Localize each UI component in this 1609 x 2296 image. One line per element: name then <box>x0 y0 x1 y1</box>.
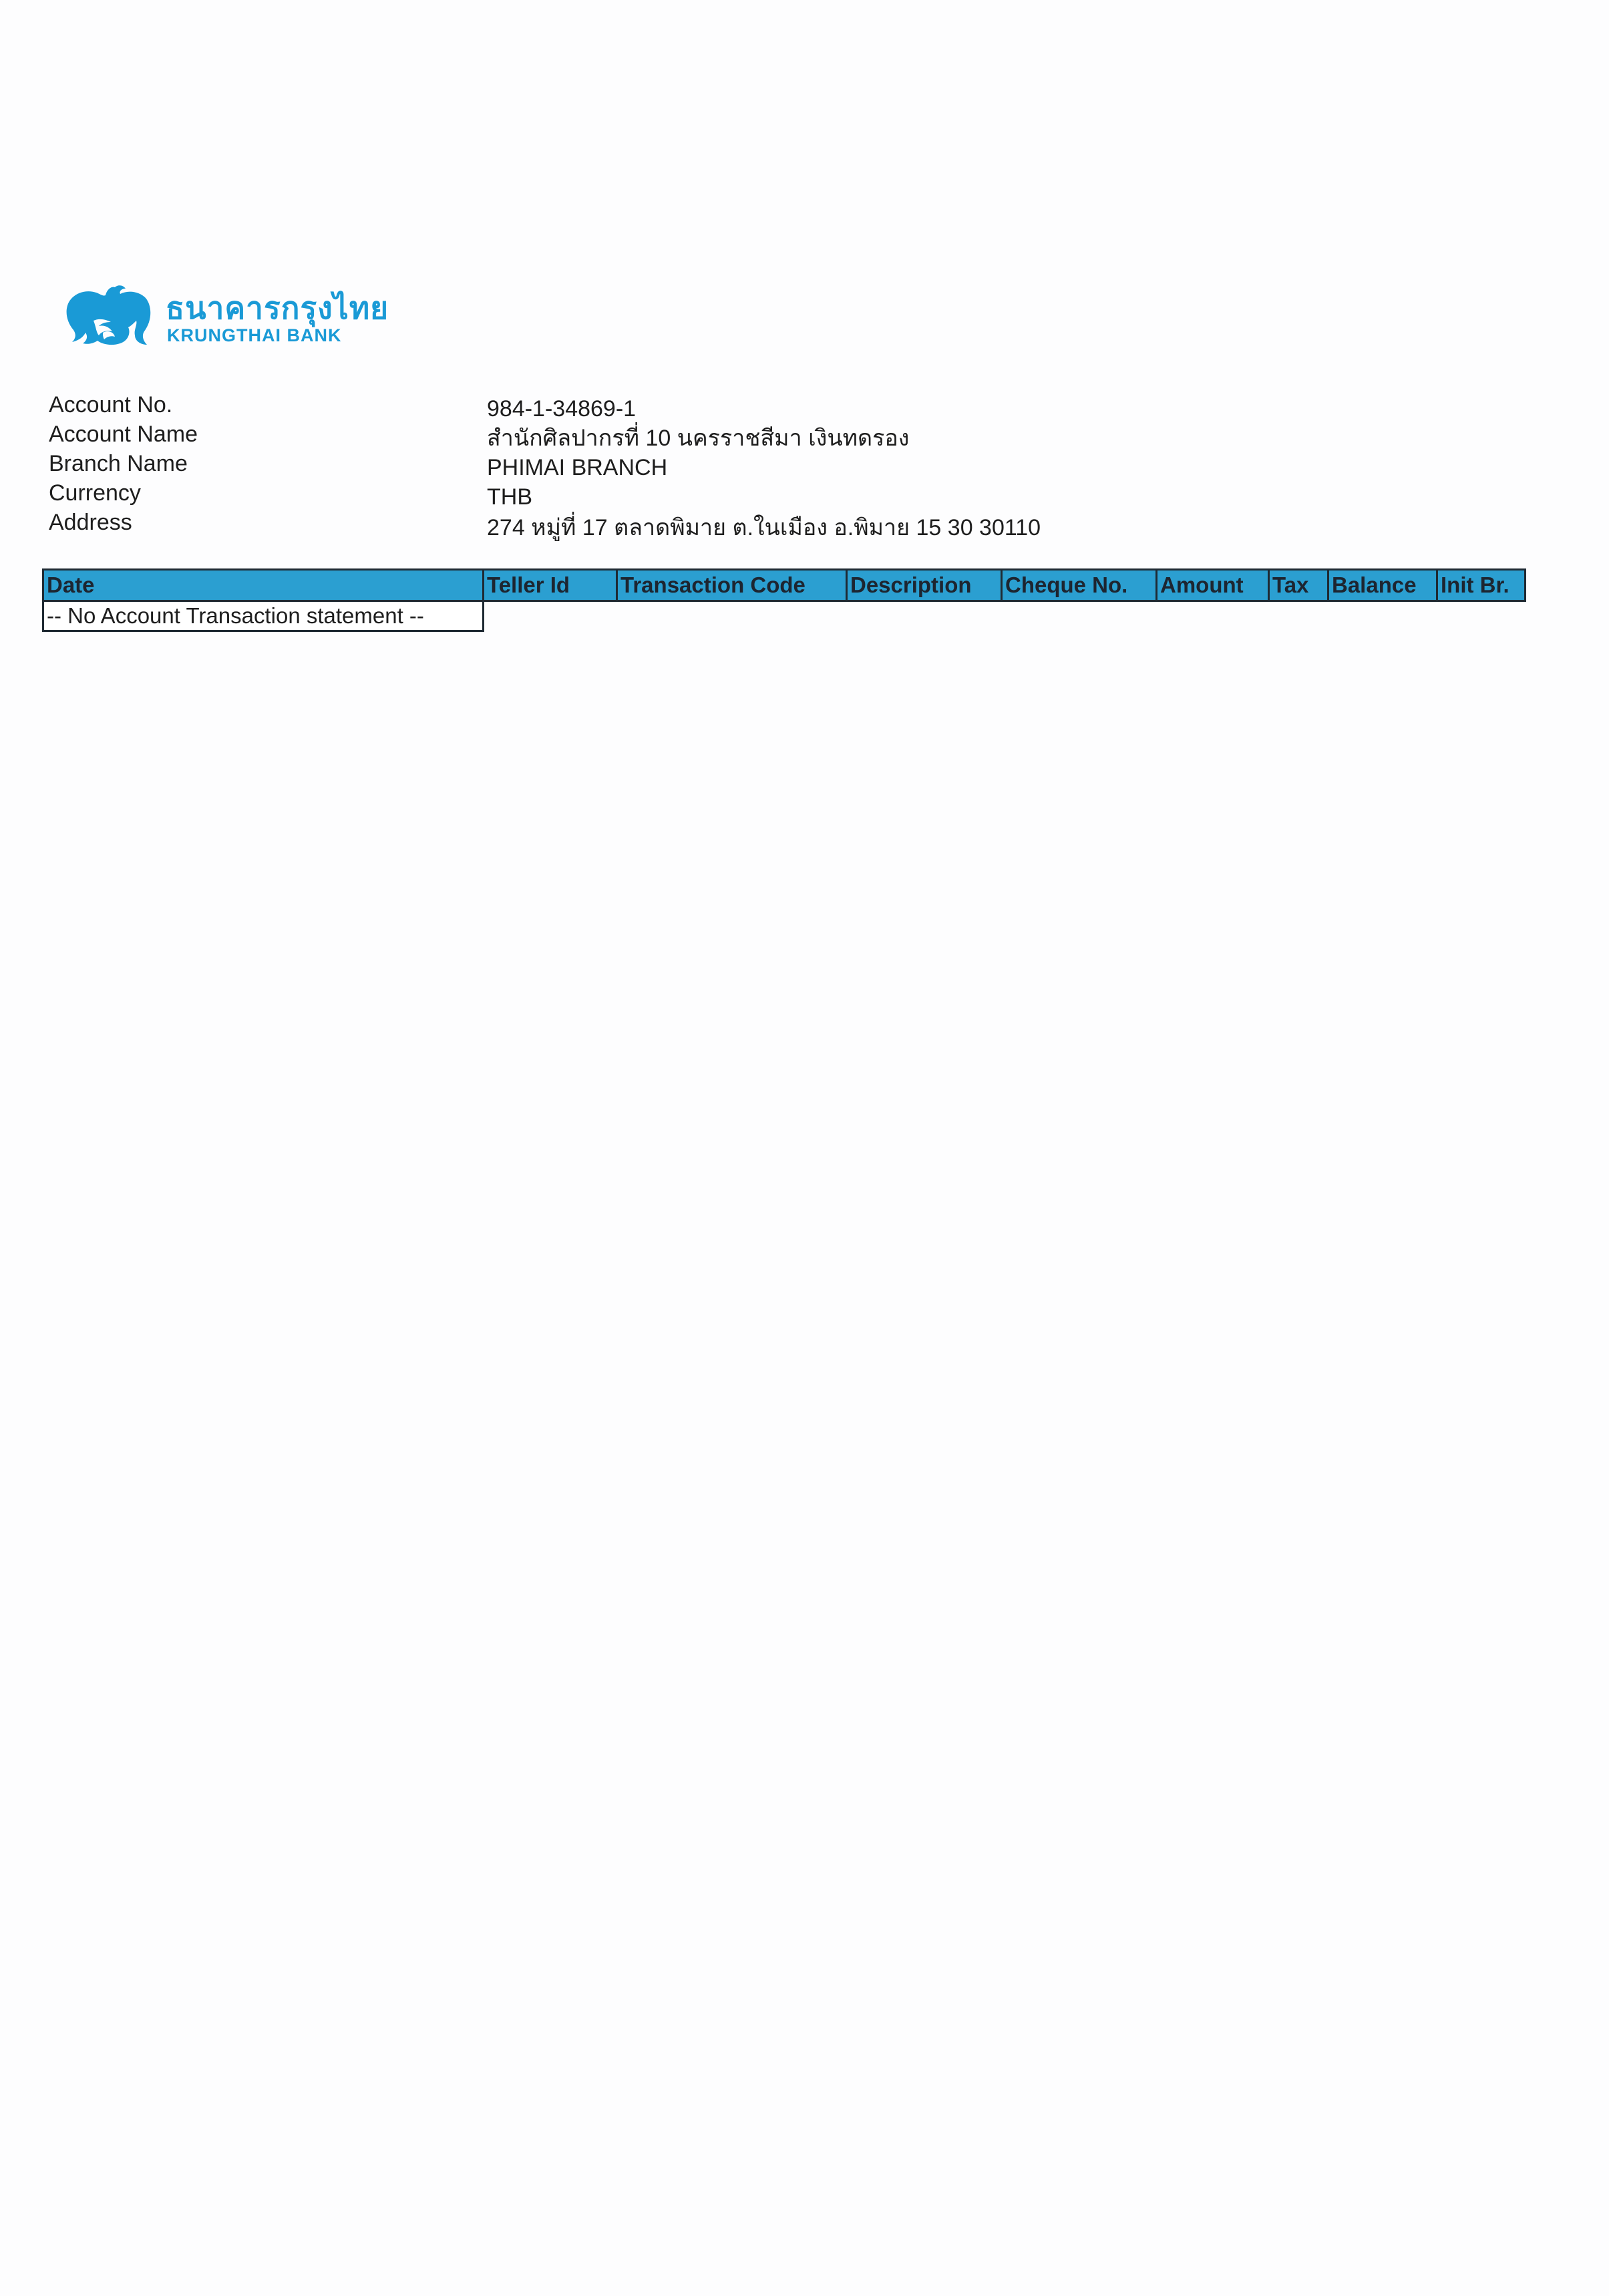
empty-cell <box>484 601 1526 631</box>
branch-name-label: Branch Name <box>49 449 188 478</box>
account-number-label: Account No. <box>49 390 172 420</box>
table-header-row: Date Teller Id Transaction Code Descript… <box>43 570 1526 601</box>
account-name-label: Account Name <box>49 420 198 449</box>
column-header-balance: Balance <box>1328 570 1437 601</box>
column-header-transaction-code: Transaction Code <box>617 570 847 601</box>
account-name-value: สำนักศิลปากรที่ 10 นครราชสีมา เงินทดรอง <box>487 424 909 453</box>
table-row: -- No Account Transaction statement -- <box>43 601 1526 631</box>
currency-label: Currency <box>49 478 141 508</box>
bank-english-name: KRUNGTHAI BANK <box>167 326 341 345</box>
column-header-date: Date <box>43 570 484 601</box>
address-value: 274 หมู่ที่ 17 ตลาดพิมาย ต.ในเมือง อ.พิม… <box>487 513 1041 542</box>
currency-value: THB <box>487 482 532 512</box>
branch-name-value: PHIMAI BRANCH <box>487 453 667 482</box>
column-header-cheque-no: Cheque No. <box>1002 570 1157 601</box>
krungthai-bank-logo: ธนาคารกรุงไทย KRUNGTHAI BANK <box>64 283 478 350</box>
bank-thai-name: ธนาคารกรุงไทย <box>166 293 389 323</box>
account-number-value: 984-1-34869-1 <box>487 394 636 424</box>
column-header-tax: Tax <box>1269 570 1328 601</box>
address-label: Address <box>49 508 132 537</box>
column-header-init-br: Init Br. <box>1437 570 1526 601</box>
transaction-table: Date Teller Id Transaction Code Descript… <box>42 568 1526 632</box>
column-header-description: Description <box>847 570 1002 601</box>
no-transactions-message: -- No Account Transaction statement -- <box>43 601 484 631</box>
garuda-phoenix-emblem-icon <box>64 283 154 347</box>
column-header-amount: Amount <box>1157 570 1269 601</box>
column-header-teller-id: Teller Id <box>484 570 617 601</box>
